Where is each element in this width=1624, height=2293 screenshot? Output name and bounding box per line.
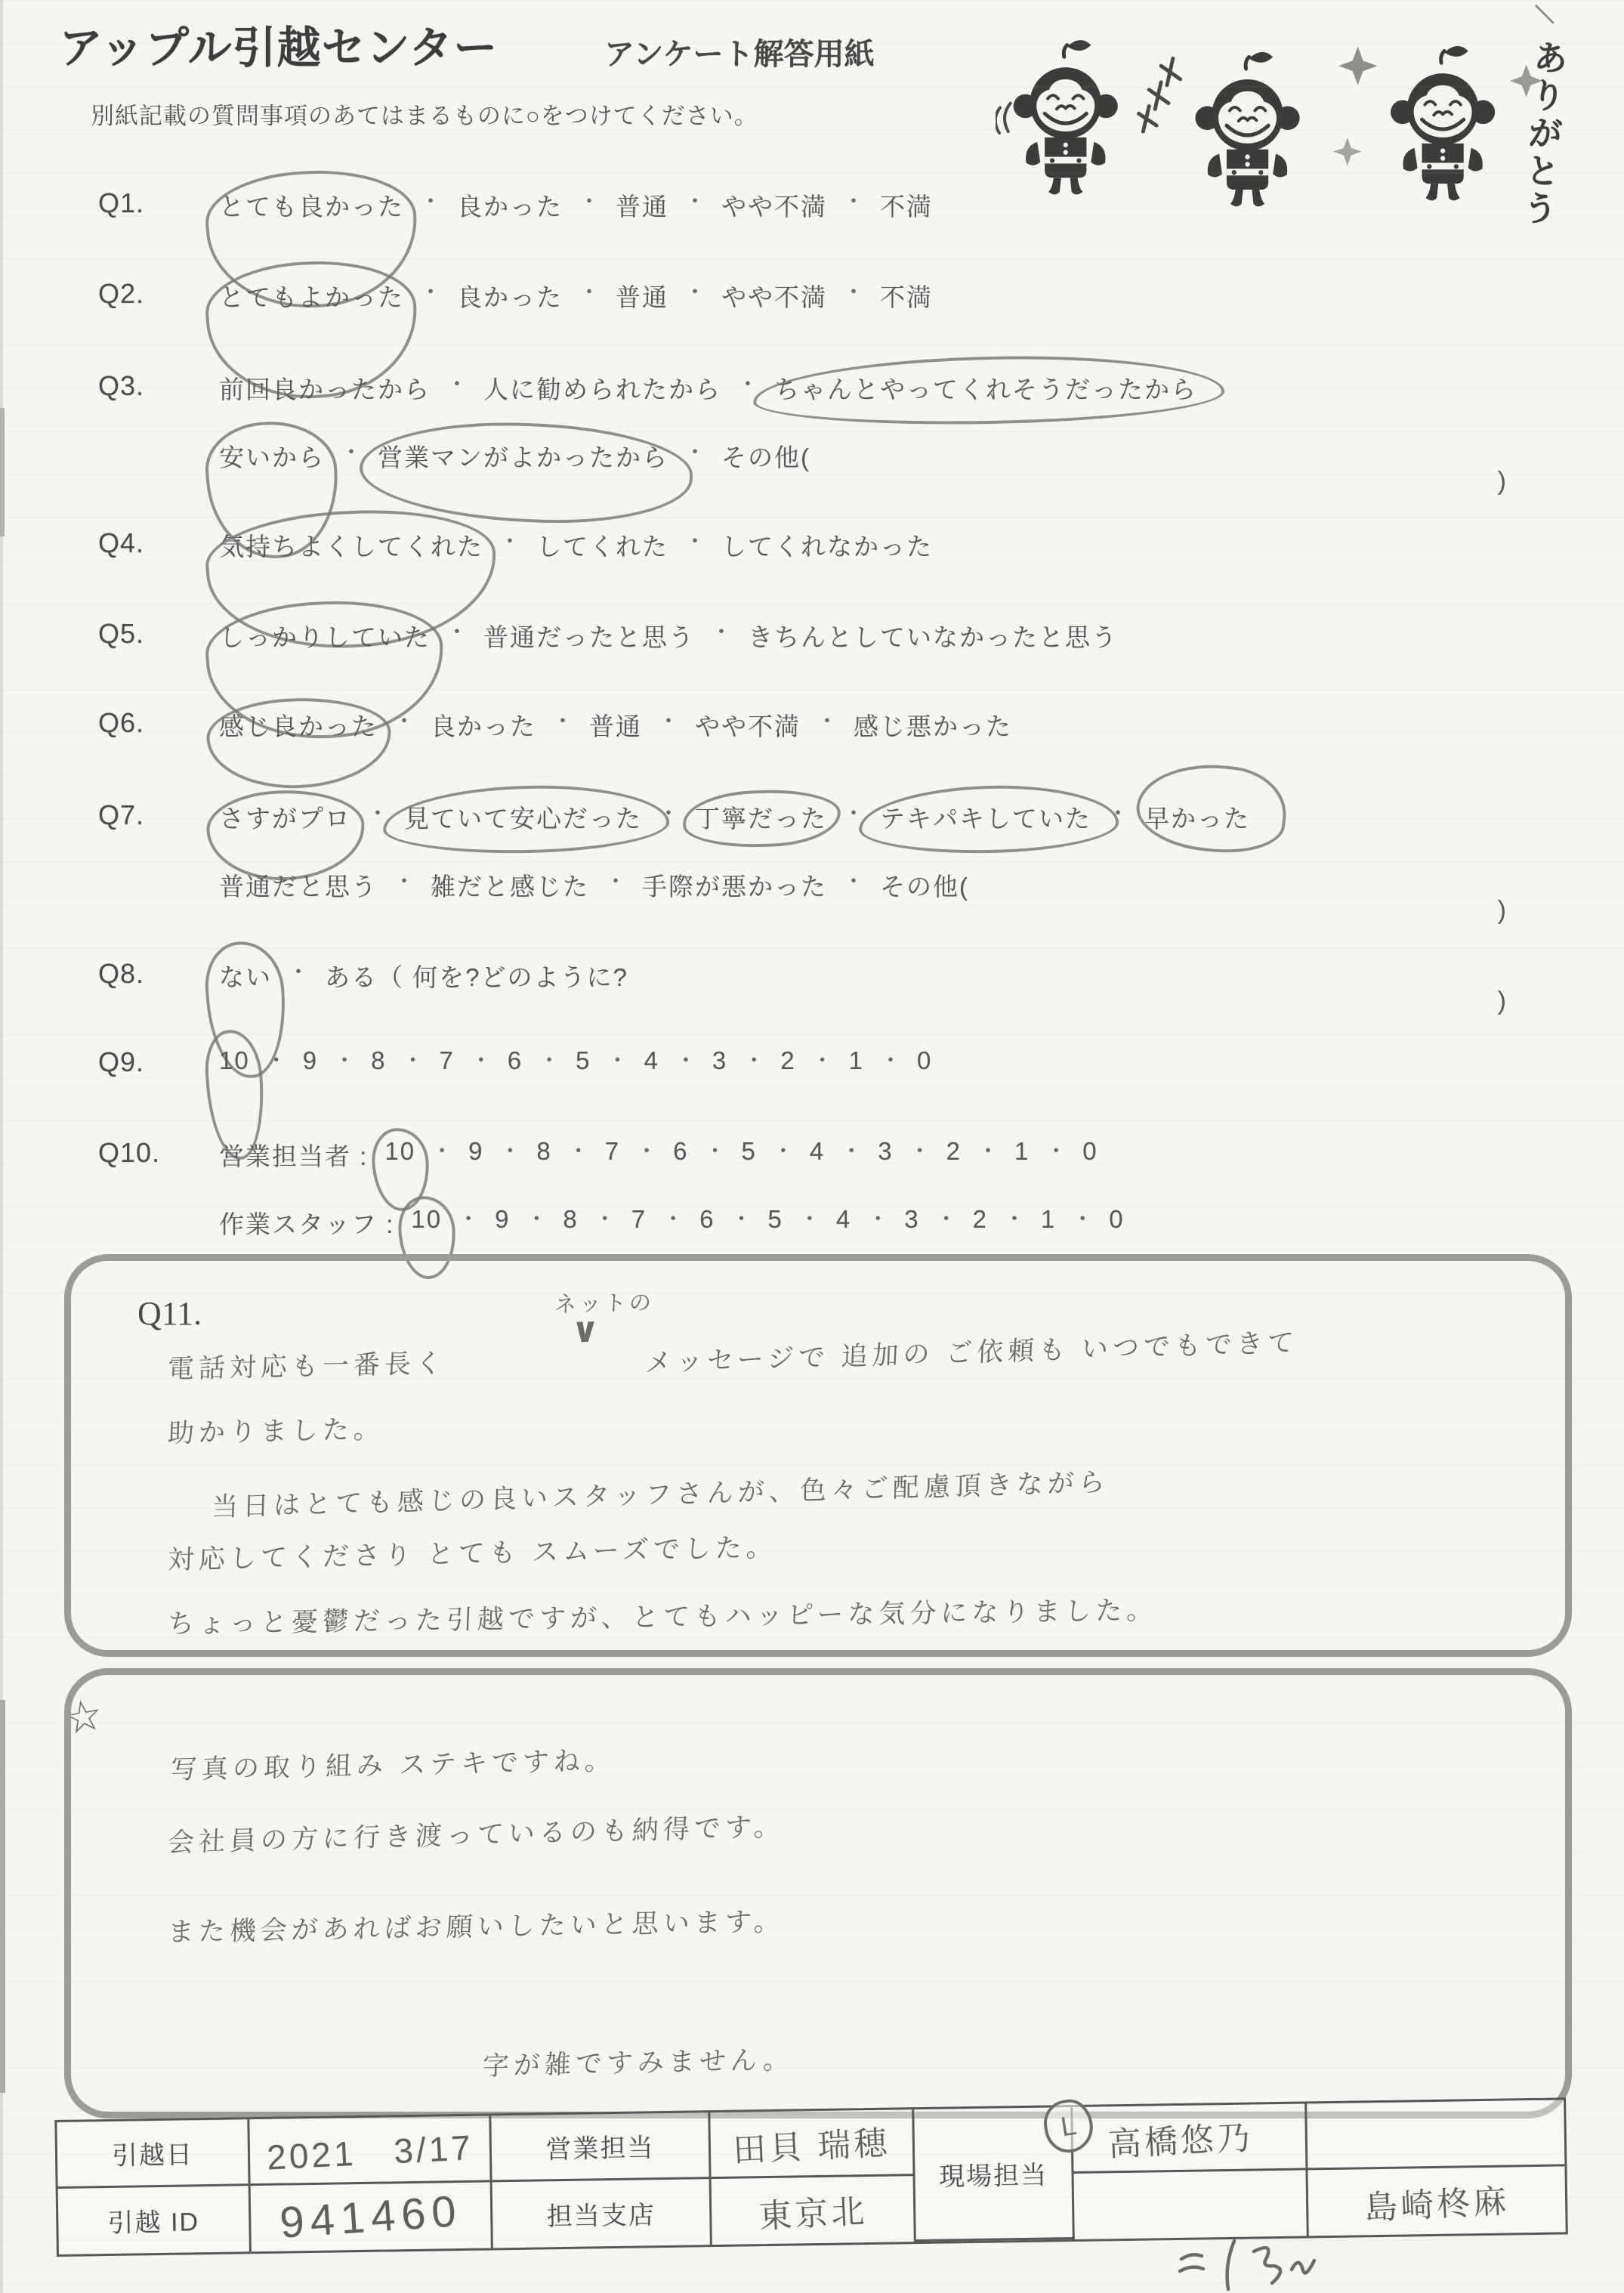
- answer-option: 8: [536, 1137, 551, 1166]
- answer-option-circled: 10: [411, 1205, 442, 1234]
- table-cell: 引越 ID: [58, 2186, 252, 2254]
- option-separator: ・: [657, 799, 680, 830]
- answer-option-circled: ない: [219, 958, 272, 994]
- answer-option: 7: [631, 1205, 647, 1234]
- answer-option: 手際が悪かった: [642, 867, 827, 903]
- question-row: Q3.前回良かったから・人に勧められたから・ちゃんとやってくれそうだったから安い…: [98, 370, 1509, 468]
- option-separator: ・: [393, 867, 415, 898]
- sales-rep-label: 営業担当: [545, 2127, 655, 2165]
- answer-option-circled: 10: [384, 1137, 415, 1166]
- answer-option: やや不満: [721, 187, 827, 223]
- question-options: さすがプロ・見ていて安心だった・丁寧だった・テキパキしていた・早かった普通だと思…: [219, 799, 1509, 898]
- scan-edge-mark: [0, 408, 5, 536]
- option-separator: ・: [704, 1137, 727, 1167]
- answer-option: 8: [563, 1205, 578, 1234]
- option-separator: ・: [607, 1046, 629, 1077]
- question-row: Q7.さすがプロ・見ていて安心だった・丁寧だった・テキパキしていた・早かった普通…: [98, 799, 1509, 898]
- question-options: 感じ良かった・良かった・普通・やや不満・感じ悪かった: [219, 707, 1509, 737]
- option-separator: ・: [419, 187, 442, 218]
- handwritten-line: 写真の取り組み ステキですね。: [170, 1740, 616, 1787]
- answer-option: してくれなかった: [721, 527, 933, 563]
- handwritten-line: 会社員の方に行き渡っているのも納得です。: [167, 1806, 786, 1859]
- answer-option-circled: 10: [219, 1046, 250, 1075]
- sales-rep-value: 田貝 瑞穂: [732, 2115, 891, 2171]
- answer-option: 2: [780, 1046, 795, 1075]
- answer-option-circled: 丁寧だった: [695, 799, 827, 835]
- question-row: Q9.10・9・8・7・6・5・4・3・2・1・0: [98, 1046, 1509, 1078]
- answer-option: 6: [508, 1046, 523, 1075]
- answer-option: 3: [904, 1205, 919, 1234]
- answer-option-circled: テキパキしていた: [880, 799, 1091, 835]
- option-separator: ・: [551, 707, 574, 737]
- question-row: Q2.とてもよかった・良かった・普通・やや不満・不満: [98, 278, 1509, 310]
- answer-option: 不満: [880, 278, 933, 314]
- close-paren: ): [1498, 467, 1506, 496]
- answer-option: 4: [836, 1205, 851, 1234]
- option-separator: ・: [538, 1046, 560, 1077]
- answer-option-circled: とても良かった: [219, 187, 404, 223]
- option-separator: ・: [866, 1205, 889, 1235]
- option-separator: ・: [567, 1137, 590, 1167]
- question-label: Q1.: [98, 187, 219, 219]
- option-separator: ・: [1107, 799, 1129, 830]
- q11-comment-box: Q11. ネットの ∨ 電話対応も一番長く メッセージで 追加の ご依頼も いつ…: [64, 1254, 1572, 1657]
- question-row: Q4.気持ちよくしてくれた・してくれた・してくれなかった: [98, 527, 1509, 559]
- option-separator: ・: [287, 958, 310, 988]
- close-paren: ): [1498, 896, 1506, 926]
- answer-option: 前回良かったから: [219, 370, 431, 406]
- option-separator: ・: [684, 527, 706, 558]
- question-row: Q6.感じ良かった・良かった・普通・やや不満・感じ悪かった: [98, 707, 1509, 739]
- scanned-survey-page: アップル引越センター アンケート解答用紙 別紙記載の質問事項のあてはまるものに○…: [0, 0, 1624, 2293]
- move-id-label: 引越 ID: [107, 2201, 199, 2239]
- answer-option: 9: [495, 1205, 510, 1234]
- answer-option: 良かった: [457, 187, 563, 223]
- option-separator: ・: [842, 867, 865, 898]
- table-cell: 営業担当: [491, 2112, 711, 2182]
- question-options: 10・9・8・7・6・5・4・3・2・1・0: [219, 1046, 1509, 1077]
- question-options: 営業担当者 :10・9・8・7・6・5・4・3・2・1・0作業スタッフ :10・…: [219, 1137, 1509, 1235]
- scan-edge-mark: [0, 1700, 5, 2093]
- option-separator: ・: [431, 1137, 453, 1167]
- question-label: Q2.: [98, 278, 219, 310]
- sparkle-icon: [1338, 47, 1377, 85]
- answer-option: 2: [973, 1205, 988, 1234]
- option-separator: ・: [604, 867, 627, 898]
- question-label: Q6.: [98, 707, 219, 739]
- option-separator: ・: [419, 278, 442, 308]
- answer-option: 6: [699, 1205, 715, 1234]
- answer-option: 良かった: [457, 278, 563, 314]
- option-separator: ・: [842, 799, 865, 830]
- answer-option: ある（ 何を?どのように?: [325, 958, 628, 994]
- handwritten-line: 助かりました。: [167, 1408, 385, 1451]
- option-separator: ・: [499, 527, 521, 558]
- table-cell: 2021 3/17: [249, 2115, 492, 2186]
- handwritten-line: ちょっと憂鬱だった引越ですが、とてもハッピーな気分になりました。: [167, 1590, 1158, 1641]
- answer-option-circled: しっかりしていた: [219, 618, 431, 654]
- question-label: Q5.: [98, 618, 219, 650]
- answer-option: 普通: [616, 278, 668, 314]
- option-separator: ・: [842, 187, 865, 218]
- option-separator: ・: [798, 1205, 821, 1235]
- question-label: Q4.: [98, 527, 219, 559]
- answer-option: 0: [1109, 1205, 1124, 1234]
- crew-name-1: 高橋悠乃: [1107, 2110, 1254, 2165]
- handwritten-line: メッセージで 追加の ご依頼も いつでもできて: [644, 1321, 1299, 1380]
- option-separator: ・: [730, 1205, 753, 1235]
- answer-option: してくれた: [536, 527, 668, 563]
- option-separator: ・: [470, 1046, 492, 1077]
- answer-option: 2: [946, 1137, 962, 1166]
- question-options: とてもよかった・良かった・普通・やや不満・不満: [219, 278, 1509, 308]
- option-separator: ・: [340, 438, 363, 468]
- move-date-label: 引越日: [112, 2134, 194, 2172]
- answer-option: 0: [1082, 1137, 1098, 1166]
- answer-option: 不満: [880, 187, 933, 223]
- option-separator: ・: [333, 1046, 356, 1077]
- option-separator: ・: [594, 1205, 616, 1235]
- option-separator: ・: [684, 438, 706, 468]
- answer-option: 7: [605, 1137, 620, 1166]
- question-label: Q9.: [98, 1046, 219, 1078]
- option-separator: ・: [909, 1137, 931, 1167]
- answer-option: 感じ悪かった: [854, 707, 1012, 743]
- answer-option-circled: 見ていて安心だった: [404, 799, 642, 835]
- branch-value: 東京北: [757, 2183, 868, 2237]
- option-separator: ・: [265, 1046, 288, 1077]
- answer-option: 8: [371, 1046, 386, 1075]
- answer-option: やや不満: [695, 707, 801, 743]
- answer-option: 3: [712, 1046, 727, 1075]
- option-separator: ・: [499, 1137, 521, 1167]
- sparkle-icon: [1333, 138, 1362, 166]
- footer-table: 引越日 2021 3/17 営業担当 田貝 瑞穂 現場担当 L 高橋悠乃 引越 …: [54, 2097, 1567, 2257]
- question-row: Q8.ない・ある（ 何を?どのように?): [98, 958, 1509, 990]
- answer-option: 1: [1014, 1137, 1030, 1166]
- table-cell: 田貝 瑞穂: [710, 2109, 915, 2179]
- answer-option: 良かった: [431, 707, 536, 743]
- option-separator: ・: [935, 1205, 958, 1235]
- question-row: Q1.とても良かった・良かった・普通・やや不満・不満: [98, 187, 1509, 219]
- question-options: とても良かった・良かった・普通・やや不満・不満: [219, 187, 1509, 218]
- option-separator: ・: [1045, 1137, 1067, 1167]
- answer-option: 4: [644, 1046, 659, 1075]
- row-prefix-label: 作業スタッフ :: [219, 1205, 394, 1241]
- answer-option-circled: 安いから: [219, 438, 325, 474]
- corner-pencil-mark: [1532, 3, 1558, 29]
- option-separator: ・: [977, 1137, 999, 1167]
- option-separator: ・: [393, 707, 415, 737]
- question-row: Q5.しっかりしていた・普通だったと思う・きちんとしていなかったと思う: [98, 618, 1509, 650]
- answer-option: 7: [439, 1046, 454, 1075]
- insertion-caret-mark: ∨: [570, 1309, 604, 1351]
- question-label: Q11.: [137, 1294, 202, 1333]
- option-separator: ・: [446, 370, 468, 400]
- crew-name-2: 島崎柊麻: [1363, 2174, 1511, 2229]
- answer-option: 人に勧められたから: [483, 370, 721, 406]
- handwritten-line: また機会があればお願いしたいと思います。: [167, 1901, 786, 1949]
- option-separator: ・: [662, 1205, 684, 1235]
- table-cell: 引越日: [57, 2119, 250, 2189]
- answer-option-circled: 営業マンがよかったから: [378, 438, 668, 474]
- table-cell: 東京北: [712, 2176, 916, 2245]
- option-separator: ・: [401, 1046, 424, 1077]
- option-separator: ・: [1071, 1205, 1094, 1235]
- option-separator: ・: [684, 278, 706, 308]
- table-cell-empty: [1307, 2100, 1564, 2170]
- answer-option: 1: [1041, 1205, 1056, 1234]
- instruction-text: 別紙記載の質問事項のあてはまるものに○をつけてください。: [91, 97, 758, 131]
- close-paren: ): [1498, 987, 1506, 1016]
- option-separator: ・: [635, 1137, 658, 1167]
- answer-option: 普通だと思う: [219, 867, 378, 903]
- answer-option-circled: 感じ良かった: [219, 707, 378, 743]
- option-separator: ・: [1003, 1205, 1026, 1235]
- answer-option: 5: [742, 1137, 757, 1166]
- answer-option: 0: [917, 1046, 932, 1075]
- table-cell: 島崎柊麻: [1308, 2166, 1565, 2236]
- plus-sparkle-marks: [1138, 58, 1180, 131]
- option-separator: ・: [879, 1046, 902, 1077]
- answer-option: 3: [878, 1137, 893, 1166]
- answer-option: 普通だったと思う: [483, 618, 695, 654]
- answer-option: 5: [768, 1205, 783, 1234]
- question-label: Q7.: [98, 799, 219, 831]
- table-cell: L 高橋悠乃: [1073, 2103, 1308, 2174]
- answer-option: 6: [673, 1137, 688, 1166]
- option-separator: ・: [578, 187, 601, 218]
- option-separator: ・: [366, 799, 389, 830]
- answer-option: 5: [576, 1046, 591, 1075]
- answer-option: 1: [849, 1046, 864, 1075]
- answer-option: 雑だと感じた: [431, 867, 589, 903]
- table-cell: 担当支店: [492, 2179, 712, 2248]
- answer-option-circled: とてもよかった: [219, 278, 404, 314]
- answer-option-circled: ちゃんとやってくれそうだったから: [774, 370, 1197, 406]
- option-separator: ・: [457, 1205, 480, 1235]
- option-separator: ・: [657, 707, 680, 737]
- brand-title: アップル引越センター: [59, 12, 498, 76]
- question-label: Q3.: [98, 370, 219, 402]
- option-separator: ・: [446, 618, 468, 648]
- option-separator: ・: [842, 278, 865, 308]
- option-separator: ・: [525, 1205, 548, 1235]
- signature-scribble: [1172, 2236, 1429, 2293]
- handwritten-line: 当日はとても感じの良いスタッフさんが、色々ご配慮頂きながら: [211, 1461, 1110, 1524]
- row-prefix-label: 営業担当者 :: [219, 1137, 368, 1173]
- answer-option: 9: [468, 1137, 483, 1166]
- answer-option: 普通: [616, 187, 668, 223]
- option-separator: ・: [578, 278, 601, 308]
- option-separator: ・: [710, 618, 733, 648]
- question-options: 気持ちよくしてくれた・してくれた・してくれなかった: [219, 527, 1509, 558]
- handwritten-line: 字が雑ですみません。: [482, 2039, 795, 2084]
- question-row: Q10.営業担当者 :10・9・8・7・6・5・4・3・2・1・0作業スタッフ …: [98, 1137, 1509, 1235]
- table-cell-empty: [1074, 2170, 1309, 2239]
- question-options: 前回良かったから・人に勧められたから・ちゃんとやってくれそうだったから安いから・…: [219, 370, 1509, 468]
- motion-lines-icon: [996, 104, 1011, 133]
- answer-option: やや不満: [721, 278, 827, 314]
- answer-option: その他(: [721, 438, 810, 474]
- answer-option: 9: [303, 1046, 318, 1075]
- answer-option-circled: 気持ちよくしてくれた: [219, 527, 483, 563]
- option-separator: ・: [675, 1046, 697, 1077]
- answer-option-circled: 早かった: [1144, 799, 1250, 835]
- option-separator: ・: [736, 370, 759, 400]
- free-comment-box: 写真の取り組み ステキですね。 会社員の方に行き渡っているのも納得です。 また機…: [64, 1668, 1572, 2118]
- option-separator: ・: [811, 1046, 834, 1077]
- branch-label: 担当支店: [546, 2194, 656, 2233]
- option-separator: ・: [840, 1137, 863, 1167]
- option-separator: ・: [816, 707, 838, 737]
- answer-option: きちんとしていなかったと思う: [748, 618, 1118, 654]
- answer-option-circled: さすがプロ: [219, 799, 351, 835]
- form-title: アンケート解答用紙: [604, 30, 875, 73]
- handwritten-line: 対応してくださり とても スムーズでした。: [167, 1527, 777, 1578]
- question-options: ない・ある（ 何を?どのように?): [219, 958, 1509, 988]
- crew-label: 現場担当: [939, 2154, 1048, 2193]
- question-label: Q10.: [98, 1137, 219, 1169]
- handwritten-line: 電話対応も一番長く: [167, 1343, 447, 1386]
- option-separator: ・: [743, 1046, 765, 1077]
- answer-option: 普通: [589, 707, 642, 743]
- question-options: しっかりしていた・普通だったと思う・きちんとしていなかったと思う: [219, 618, 1509, 648]
- question-label: Q8.: [98, 958, 219, 990]
- option-separator: ・: [684, 187, 706, 218]
- move-id-value: 941460: [278, 2186, 464, 2248]
- answer-option: その他(: [880, 867, 969, 903]
- table-cell: 941460: [251, 2182, 493, 2251]
- answer-option: 4: [810, 1137, 825, 1166]
- move-date-value: 2021 3/17: [265, 2120, 474, 2180]
- option-separator: ・: [772, 1137, 795, 1167]
